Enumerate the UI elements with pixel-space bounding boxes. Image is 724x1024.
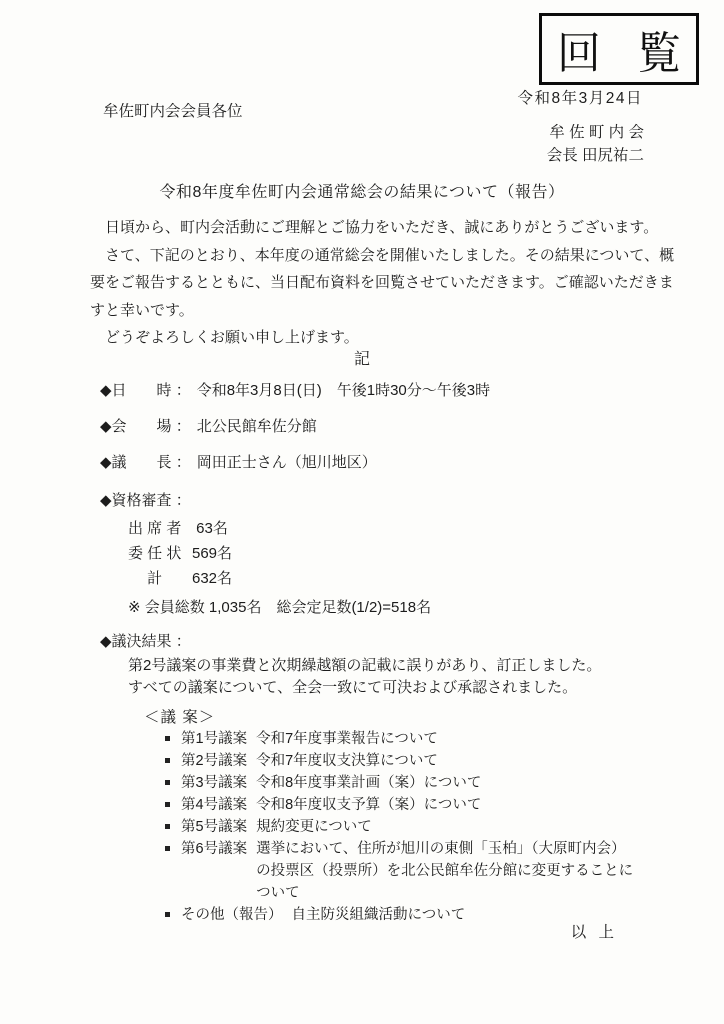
addressee-line: 牟佐町内会会員各位 (103, 99, 243, 121)
meeting-venue-label: ◆会 場 ： (100, 418, 191, 435)
agenda-item-text: 自主防災組織活動について (292, 904, 466, 926)
agenda-item-number: 第4号議案 (181, 794, 247, 816)
body-line: 要をご報告するとともに、当日配布資料を回覧させていただきます。ご確認いただきま (90, 269, 674, 297)
bullet-icon (165, 816, 181, 829)
agenda-item-1: 第1号議案令和7年度事業報告について (165, 728, 633, 750)
bullet-icon (165, 838, 181, 851)
ki-record-marker: 記 (0, 346, 724, 369)
sender-block: 牟 佐 町 内 会 会長 田尻祐二 (547, 121, 644, 167)
agenda-item-6: 第6号議案選挙において、住所が旭川の東側「玉柏」（大原町内会） の投票区（投票所… (165, 838, 633, 904)
agenda-item-4: 第4号議案令和8年度収支予算（案）について (165, 794, 633, 816)
meeting-datetime-row: ◆日 時 ：令和8年3月8日(日) 午後1時30分～午後3時 (100, 380, 490, 402)
agenda-item-number: 第3号議案 (181, 772, 247, 794)
agenda-item-number: 第2号議案 (181, 750, 247, 772)
greeting-paragraph: 日頃から、町内会活動にご理解とご協力をいただき、誠にありがとうございます。 さて… (90, 214, 674, 352)
sender-chairman-name: 会長 田尻祐二 (547, 144, 644, 167)
bullet-icon (165, 794, 181, 807)
agenda-item-5: 第5号議案規約変更について (165, 816, 633, 838)
agenda-item-other: その他（報告）自主防災組織活動について (165, 904, 633, 926)
agenda-item-number: 第6号議案 (181, 838, 247, 860)
agenda-item-text: 選挙において、住所が旭川の東側「玉柏」（大原町内会） の投票区（投票所）を北公民… (256, 838, 633, 904)
meeting-facts: ◆日 時 ：令和8年3月8日(日) 午後1時30分～午後3時 ◆会 場 ：北公民… (100, 380, 490, 488)
meeting-datetime-label: ◆日 時 ： (100, 382, 191, 399)
circular-document-page: 回 覧 令和8年3月24日 牟佐町内会会員各位 牟 佐 町 内 会 会長 田尻祐… (0, 0, 724, 1024)
total-row: 計632名 (128, 566, 431, 591)
bullet-icon (165, 772, 181, 785)
body-line: さて、下記のとおり、本年度の通常総会を開催いたしました。その結果について、概 (90, 242, 674, 270)
quorum-note: ※ 会員総数 1,035名 総会定足数(1/2)=518名 (128, 597, 431, 619)
attendees-row: 出 席 者 63名 (128, 516, 431, 541)
agenda-heading: ＜議 案＞ (144, 705, 215, 727)
bullet-icon (165, 750, 181, 763)
agenda-item-3: 第3号議案令和8年度事業計画（案）について (165, 772, 633, 794)
document-title: 令和8年度牟佐町内会通常総会の結果について（報告） (0, 179, 724, 202)
bullet-icon (165, 904, 181, 917)
kairan-char-right: 覧 (637, 17, 681, 81)
agenda-item-text: 規約変更について (256, 816, 372, 838)
resolution-heading: ◆議決結果 ： (100, 631, 601, 653)
agenda-item-text: 令和8年度収支予算（案）について (256, 794, 481, 816)
total-count: 632名 (192, 566, 232, 591)
bullet-icon (165, 728, 181, 741)
agenda-item-text: 令和7年度事業報告について (256, 728, 438, 750)
attendees-count: 63名 (192, 516, 228, 541)
attendees-label: 出 席 者 (128, 516, 192, 541)
body-line: 日頃から、町内会活動にご理解とご協力をいただき、誠にありがとうございます。 (90, 214, 674, 242)
resolution-line: 第2号議案の事業費と次期繰越額の記載に誤りがあり、訂正しました。 (128, 655, 601, 677)
body-line: すと幸いです。 (90, 297, 674, 325)
meeting-chair-label: ◆議 長 ： (100, 454, 191, 471)
agenda-item-number: 第1号議案 (181, 728, 247, 750)
kairan-stamp-box: 回 覧 (539, 13, 699, 85)
agenda-item-text: 令和8年度事業計画（案）について (256, 772, 481, 794)
resolution-line: すべての議案について、全会一致にて可決および承認されました。 (128, 677, 601, 699)
qualification-section: ◆資格審査 ： 出 席 者 63名 委 任 状569名 計632名 ※ 会員総数… (100, 490, 431, 619)
agenda-item-number: 第5号議案 (181, 816, 247, 838)
attendance-table: 出 席 者 63名 委 任 状569名 計632名 (128, 516, 431, 591)
proxies-label: 委 任 状 (128, 541, 192, 566)
meeting-chair-value: 岡田正士さん（旭川地区） (197, 454, 377, 471)
meeting-venue-row: ◆会 場 ：北公民館牟佐分館 (100, 416, 490, 438)
proxies-row: 委 任 状569名 (128, 541, 431, 566)
agenda-item-2: 第2号議案令和7年度収支決算について (165, 750, 633, 772)
kairan-char-left: 回 (557, 17, 601, 81)
proxies-count: 569名 (192, 541, 232, 566)
meeting-venue-value: 北公民館牟佐分館 (197, 418, 317, 435)
sender-organization: 牟 佐 町 内 会 (547, 121, 644, 144)
agenda-list: 第1号議案令和7年度事業報告について 第2号議案令和7年度収支決算について 第3… (165, 728, 633, 926)
meeting-chair-row: ◆議 長 ：岡田正士さん（旭川地区） (100, 452, 490, 474)
meeting-datetime-value: 令和8年3月8日(日) 午後1時30分～午後3時 (197, 382, 490, 399)
agenda-item-number: その他（報告） (181, 904, 283, 926)
document-date: 令和8年3月24日 (518, 86, 643, 108)
total-label: 計 (128, 566, 192, 591)
qualification-heading: ◆資格審査 ： (100, 490, 431, 512)
resolution-lines: 第2号議案の事業費と次期繰越額の記載に誤りがあり、訂正しました。 すべての議案に… (128, 655, 601, 699)
resolution-section: ◆議決結果 ： 第2号議案の事業費と次期繰越額の記載に誤りがあり、訂正しました。… (100, 631, 601, 699)
agenda-item-text: 令和7年度収支決算について (256, 750, 438, 772)
closing-ijo-marker: 以 上 (571, 920, 618, 942)
